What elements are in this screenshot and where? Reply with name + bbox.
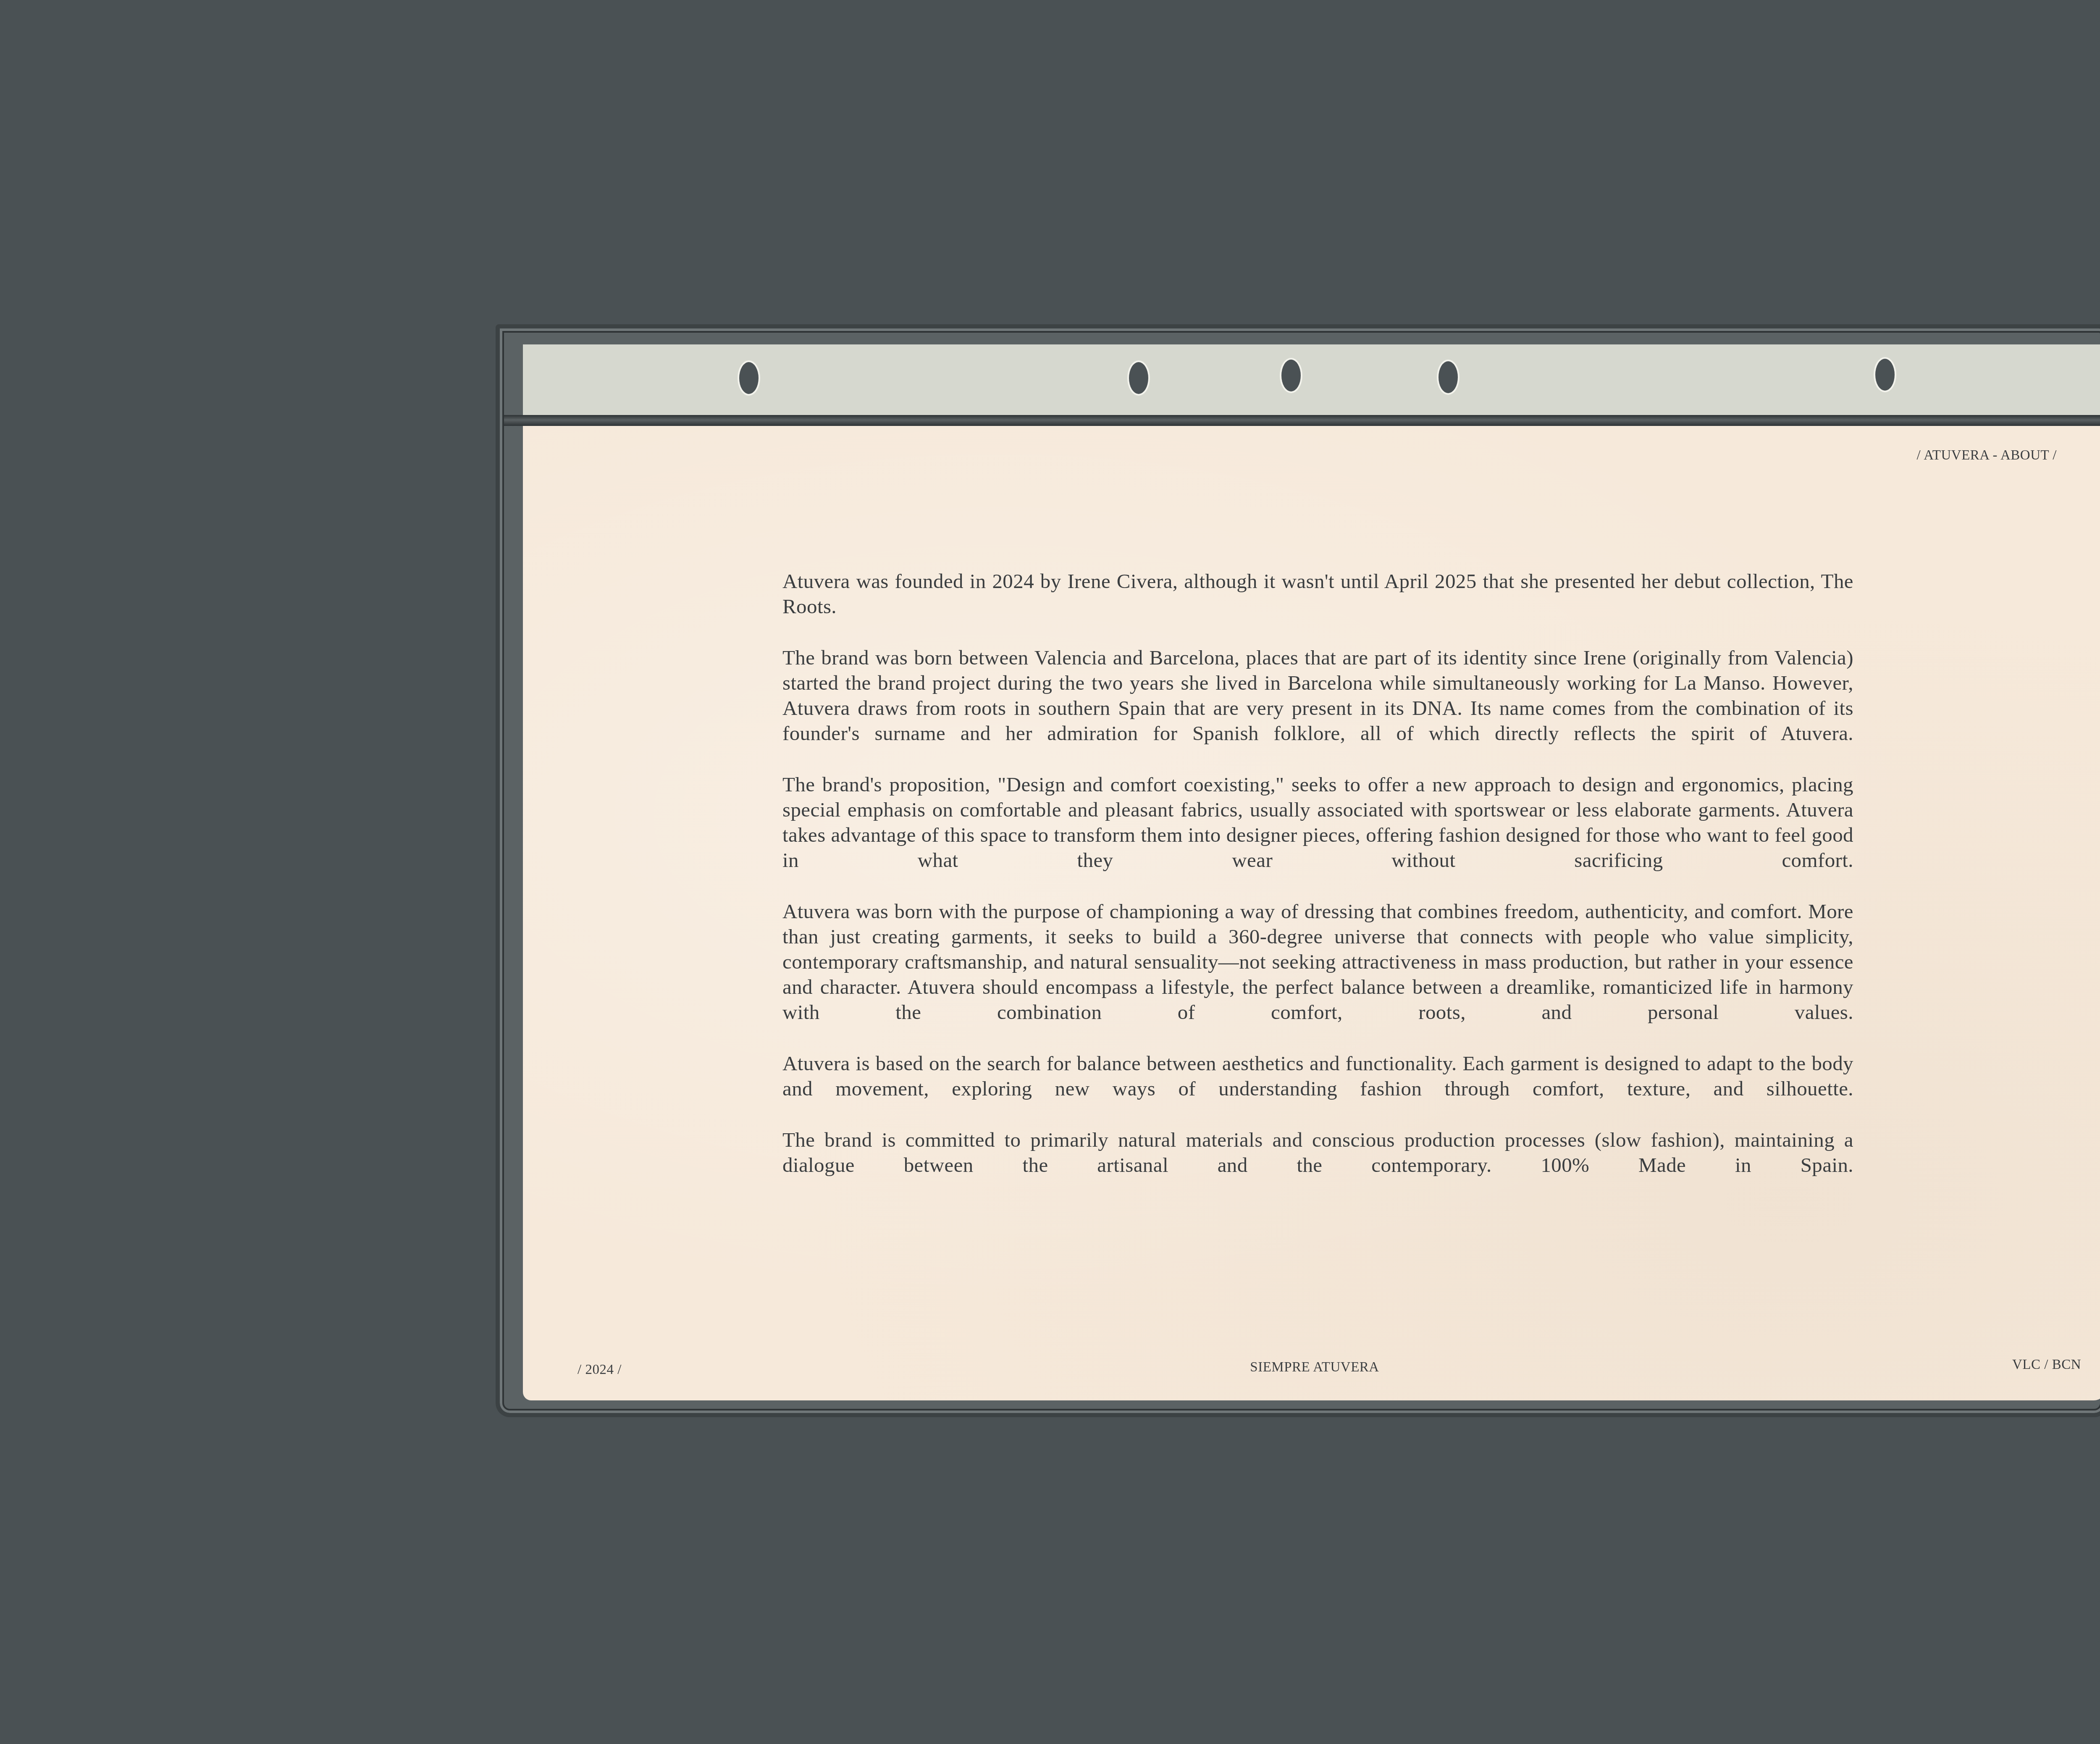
footer-cities: VLC / BCN (2012, 1357, 2081, 1373)
footer-tagline: SIEMPRE ATUVERA (523, 1360, 2100, 1375)
punch-hole-icon (739, 362, 759, 394)
paragraph-materials: The brand is committed to primarily natu… (782, 1127, 1853, 1178)
punch-hole-icon (1129, 362, 1148, 394)
binding-strip (523, 344, 2100, 418)
document-page: / ATUVERA - ABOUT / Atuvera was founded … (523, 426, 2100, 1400)
punch-hole-icon (1281, 360, 1301, 391)
paragraph-founding: Atuvera was founded in 2024 by Irene Civ… (782, 569, 1853, 619)
about-text-body: Atuvera was founded in 2024 by Irene Civ… (782, 569, 1853, 1204)
page-header-label: / ATUVERA - ABOUT / (1917, 448, 2057, 463)
strip-divider (504, 415, 2100, 426)
paragraph-origins: The brand was born between Valencia and … (782, 645, 1853, 746)
paragraph-purpose: Atuvera was born with the purpose of cha… (782, 899, 1853, 1025)
paragraph-balance: Atuvera is based on the search for balan… (782, 1051, 1853, 1101)
punch-hole-icon (1438, 361, 1458, 393)
paragraph-proposition: The brand's proposition, "Design and com… (782, 772, 1853, 873)
punch-hole-icon (1875, 359, 1895, 391)
